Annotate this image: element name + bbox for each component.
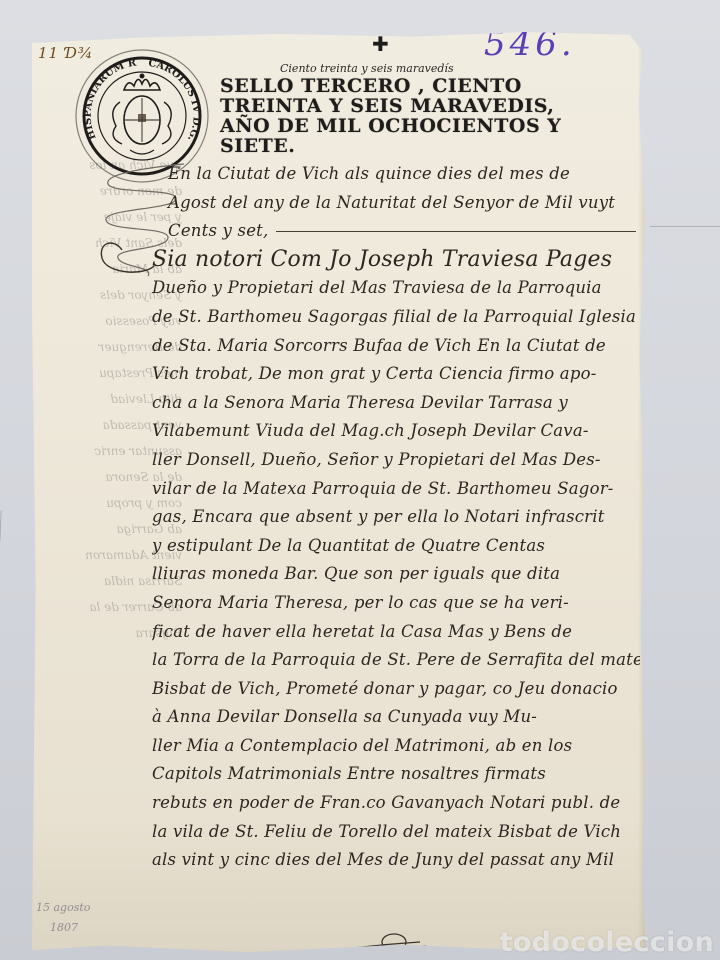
manuscript-line: de Sta. Maria Sorcorrs Bufaa de Vich En … [152,332,640,361]
document-page: que Vich an los de mon ordre y per le vi… [32,32,648,952]
filler-rule [276,231,636,232]
manuscript-line: gas, Encara que absent y per ella lo Not… [152,503,640,532]
manuscript-line: la vila de St. Feliu de Torello del mate… [152,818,640,847]
stamp-line: TREINTA Y SEIS MARAVEDIS, [220,96,561,116]
pencil-margin-date: 15 agosto 1807 [36,898,90,938]
manuscript-line: ller Mia a Contemplacio del Matrimoni, a… [152,732,640,761]
manuscript-line: y estipulant De la Quantitat de Quatre C… [152,532,640,561]
manuscript-line: ficat de haver ella heretat la Casa Mas … [152,618,640,647]
watermark-logo: todocoleccion [500,927,714,958]
backdrop-edge-line [650,226,720,227]
manuscript-line: ller Donsell, Dueño, Señor y Propietari … [152,446,640,475]
manuscript-line: vilar de la Matexa Parroquia de St. Bart… [152,475,640,504]
margin-date-line: 1807 [36,918,90,938]
stamp-value-line: Ciento treinta y seis maravedís [280,62,454,75]
stamp-line: SIETE. [220,136,561,156]
stamp-line: AÑO DE MIL OCHOCIENTOS Y [220,116,561,136]
manuscript-line: Vilabemunt Viuda del Mag.ch Joseph Devil… [152,417,640,446]
manuscript-line-text: Cents y set, [168,221,268,240]
manuscript-line: rebuts en poder de Fran.co Gavanyach Not… [152,789,640,818]
manuscript-body: En la Ciutat de Vich als quince dies del… [152,160,640,875]
svg-text:CAROLUS IV D.G.: CAROLUS IV D.G. [147,58,201,143]
manuscript-line: als vint y cinc dies del Mes de Juny del… [152,846,640,875]
manuscript-line: Capitols Matrimonials Entre nosaltres fi… [152,760,640,789]
manuscript-line: En la Ciutat de Vich als quince dies del… [152,160,640,189]
manuscript-line: Vich trobat, De mon grat y Certa Ciencia… [152,360,640,389]
manuscript-line: Agost del any de la Naturitat del Senyor… [152,189,640,218]
manuscript-line-opening: Sia notori Com Jo Joseph Traviesa Pages [152,246,640,275]
manuscript-line: Bisbat de Vich, Prometé donar y pagar, c… [152,675,640,704]
stamp-line: SELLO TERCERO , CIENTO [220,76,561,96]
stamp-printed-text: SELLO TERCERO , CIENTO TREINTA Y SEIS MA… [220,76,561,156]
manuscript-line: lliuras moneda Bar. Que son per iguals q… [152,560,640,589]
manuscript-line: Cents y set, [152,217,640,246]
manuscript-line: Dueño y Propietari del Mas Traviesa de l… [152,274,640,303]
manuscript-line: à Anna Devilar Donsella sa Cunyada vuy M… [152,703,640,732]
backdrop-edge-line [0,511,2,541]
margin-date-line: 15 agosto [36,898,90,918]
manuscript-line: de St. Barthomeu Sagorgas filial de la P… [152,303,640,332]
svg-text:HISPANIARUM REX: HISPANIARUM REX [72,46,138,141]
manuscript-line: Senora Maria Theresa, per lo cas que se … [152,589,640,618]
manuscript-line: cha a la Senora Maria Theresa Devilar Ta… [152,389,640,418]
manuscript-line: la Torra de la Parroquia de St. Pere de … [152,646,640,675]
